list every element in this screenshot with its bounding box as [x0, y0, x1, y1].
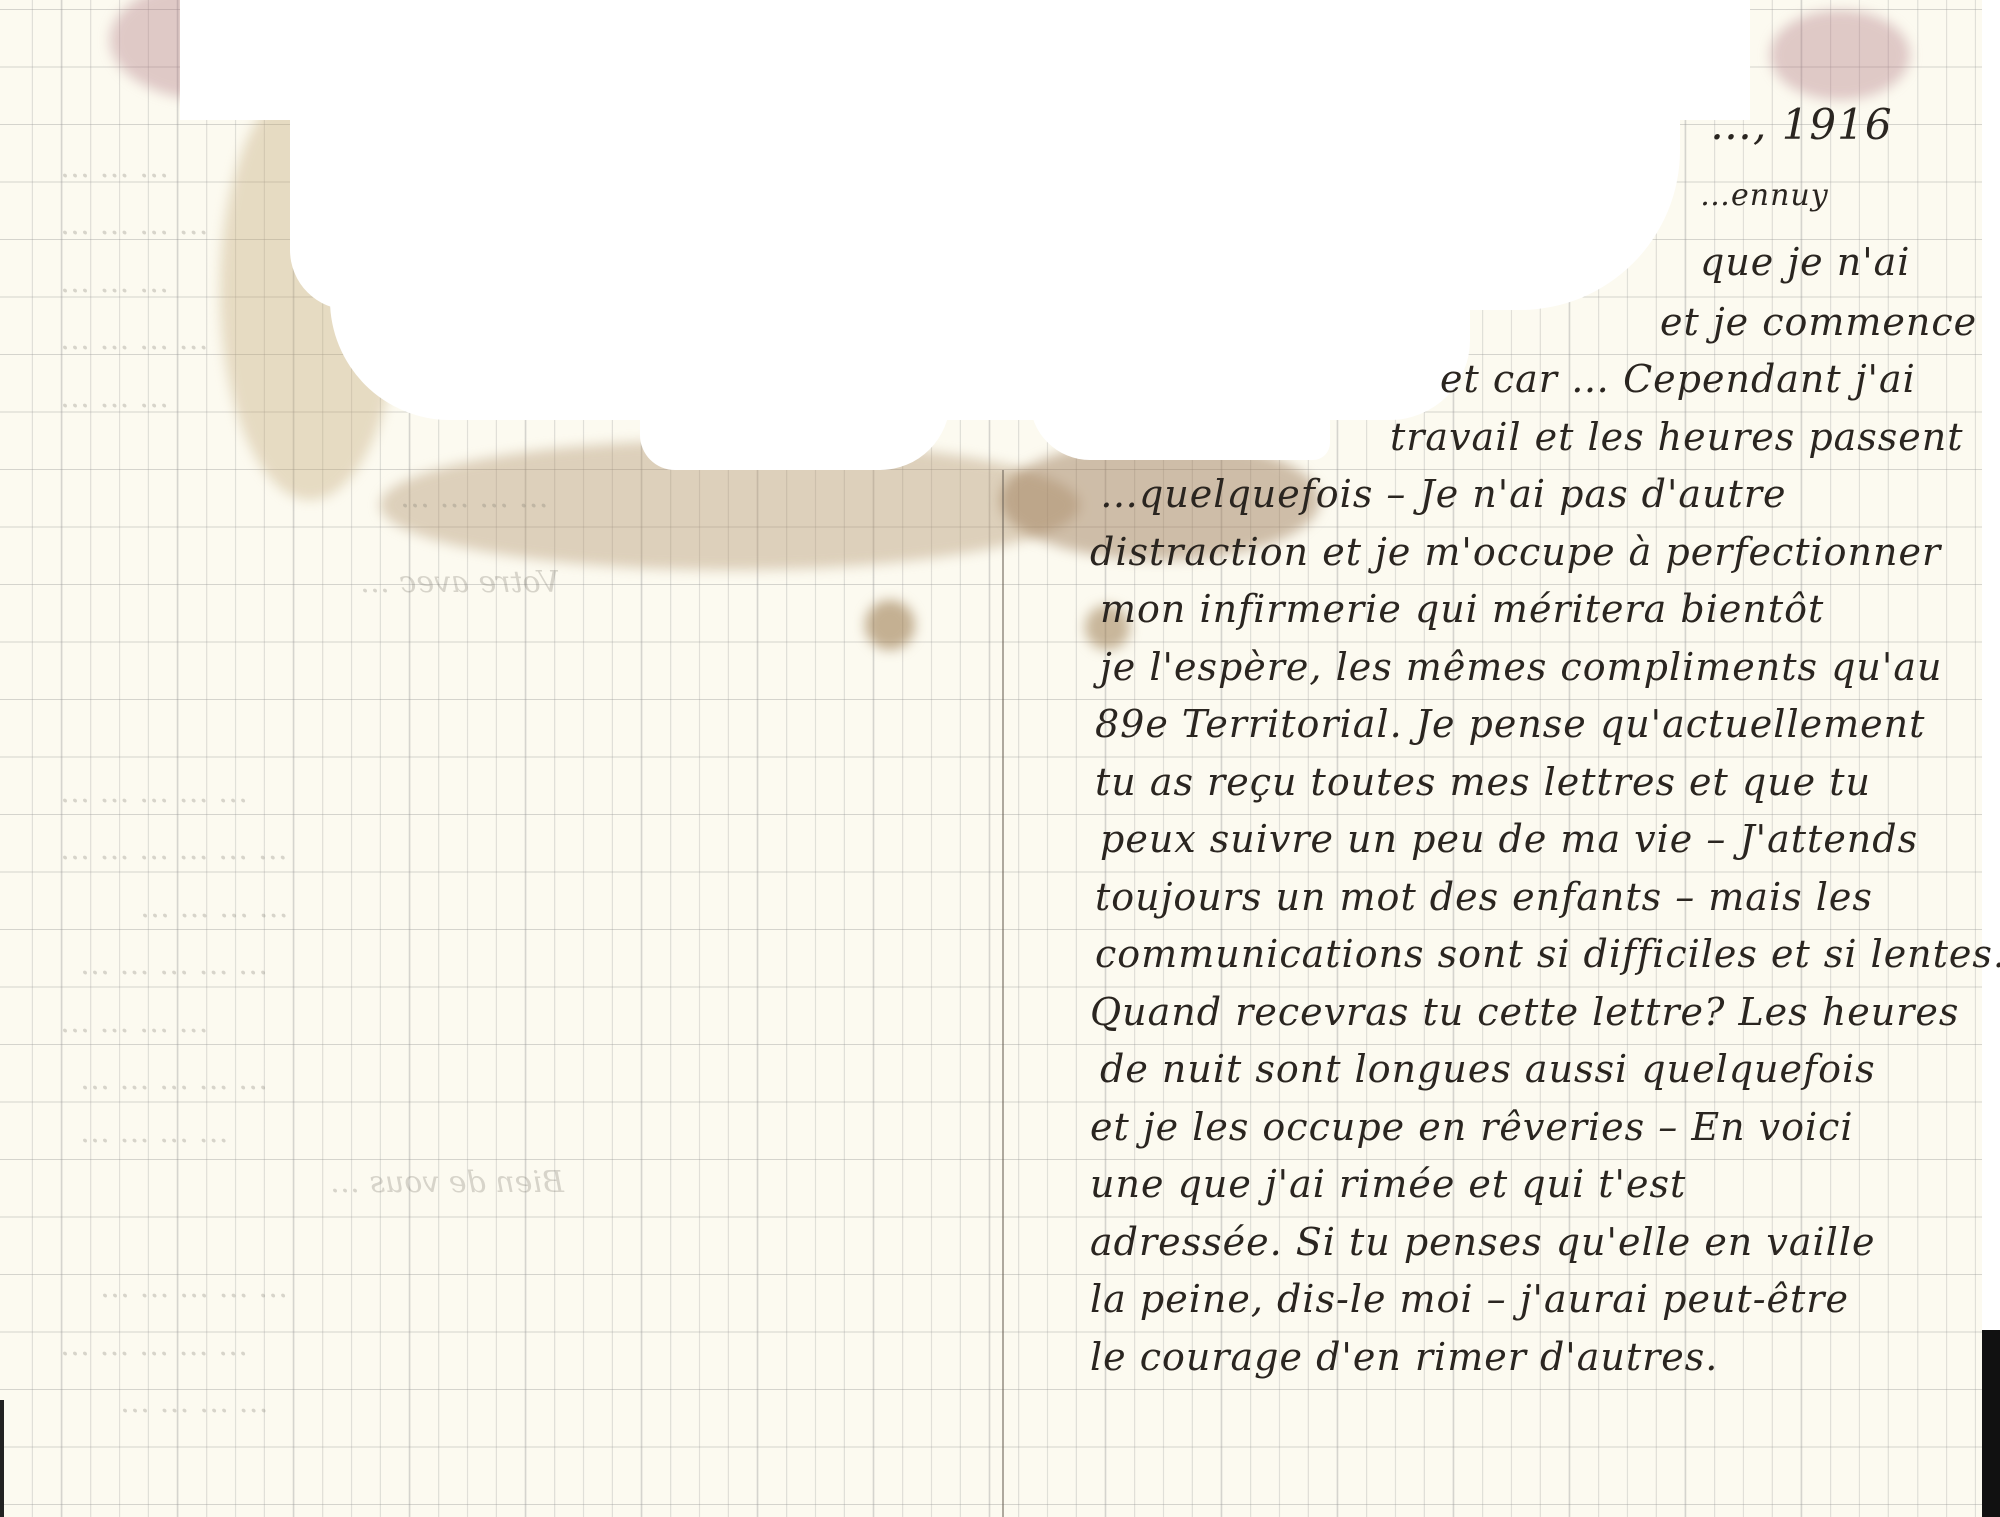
handwritten-line: travail et les heures passent — [1390, 415, 1964, 459]
faded-line: … … … … … — [60, 775, 248, 810]
faded-line: … … … … — [60, 1005, 209, 1040]
faded-line: … … … — [60, 380, 169, 415]
faded-line: … … … — [60, 150, 169, 185]
handwritten-line: que je n'ai — [1700, 240, 1910, 284]
faded-line: … … … … … — [80, 1062, 268, 1097]
faded-line: … … … … … … — [60, 832, 288, 867]
page-fold-line — [1002, 470, 1004, 1517]
faded-line: … … … … … — [60, 1328, 248, 1363]
handwritten-line: et car … Cependant j'ai — [1440, 357, 1916, 401]
handwritten-line: adressée. Si tu penses qu'elle en vaille — [1090, 1220, 1875, 1264]
handwritten-line: mon infirmerie qui méritera bientôt — [1100, 587, 1824, 631]
handwritten-line: …ennuy — [1700, 178, 1829, 213]
handwritten-line: je l'espère, les mêmes compliments qu'au — [1100, 645, 1942, 689]
faded-line: Votre avec … — [360, 565, 560, 600]
faded-line: … … … … — [140, 890, 289, 925]
handwritten-line: la peine, dis-le moi – j'aurai peut-être — [1090, 1277, 1849, 1321]
letter-date: …, 1916 — [1710, 100, 1893, 149]
handwritten-line: tu as reçu toutes mes lettres et que tu — [1095, 760, 1871, 804]
handwritten-line: distraction et je m'occupe à perfectionn… — [1090, 530, 1941, 574]
handwritten-line: 89e Territorial. Je pense qu'actuellemen… — [1095, 702, 1925, 746]
faded-line: … … … … — [60, 322, 209, 357]
faded-line: … … … … — [400, 480, 549, 515]
handwritten-line: et je commence — [1660, 300, 1977, 344]
handwritten-line: de nuit sont longues aussi quelquefois — [1100, 1047, 1876, 1091]
stain-spot-left — [865, 600, 915, 650]
scan-edge-left — [0, 1400, 4, 1517]
scan-edge-right — [1982, 1330, 2000, 1517]
faded-line: … … … — [60, 265, 169, 300]
handwritten-line: toujours un mot des enfants – mais les — [1095, 875, 1873, 919]
stain-top-right-corner — [1770, 10, 1910, 100]
torn-missing-area — [290, 110, 1680, 310]
handwritten-line: peux suivre un peu de ma vie – J'attends — [1100, 817, 1918, 861]
handwritten-line: le courage d'en rimer d'autres. — [1090, 1335, 1718, 1379]
faded-line: … … … … — [80, 1115, 229, 1150]
handwritten-line: Quand recevras tu cette lettre? Les heur… — [1090, 990, 1959, 1034]
torn-missing-area — [1030, 400, 1330, 460]
faded-line: Bien de vous … — [330, 1165, 564, 1200]
faded-line: … … … … … — [80, 947, 268, 982]
handwritten-line: …quelquefois – Je n'ai pas d'autre — [1100, 472, 1786, 516]
torn-missing-area — [180, 0, 1750, 120]
handwritten-line: et je les occupe en rêveries – En voici — [1090, 1105, 1854, 1149]
handwritten-line: communications sont si difficiles et si … — [1095, 932, 2000, 976]
faded-line: … … … … … — [100, 1270, 288, 1305]
faded-line: … … … … — [60, 207, 209, 242]
handwritten-line: une que j'ai rimée et qui t'est — [1090, 1162, 1686, 1206]
torn-missing-area — [640, 400, 950, 470]
faded-line: … … … … — [120, 1385, 269, 1420]
